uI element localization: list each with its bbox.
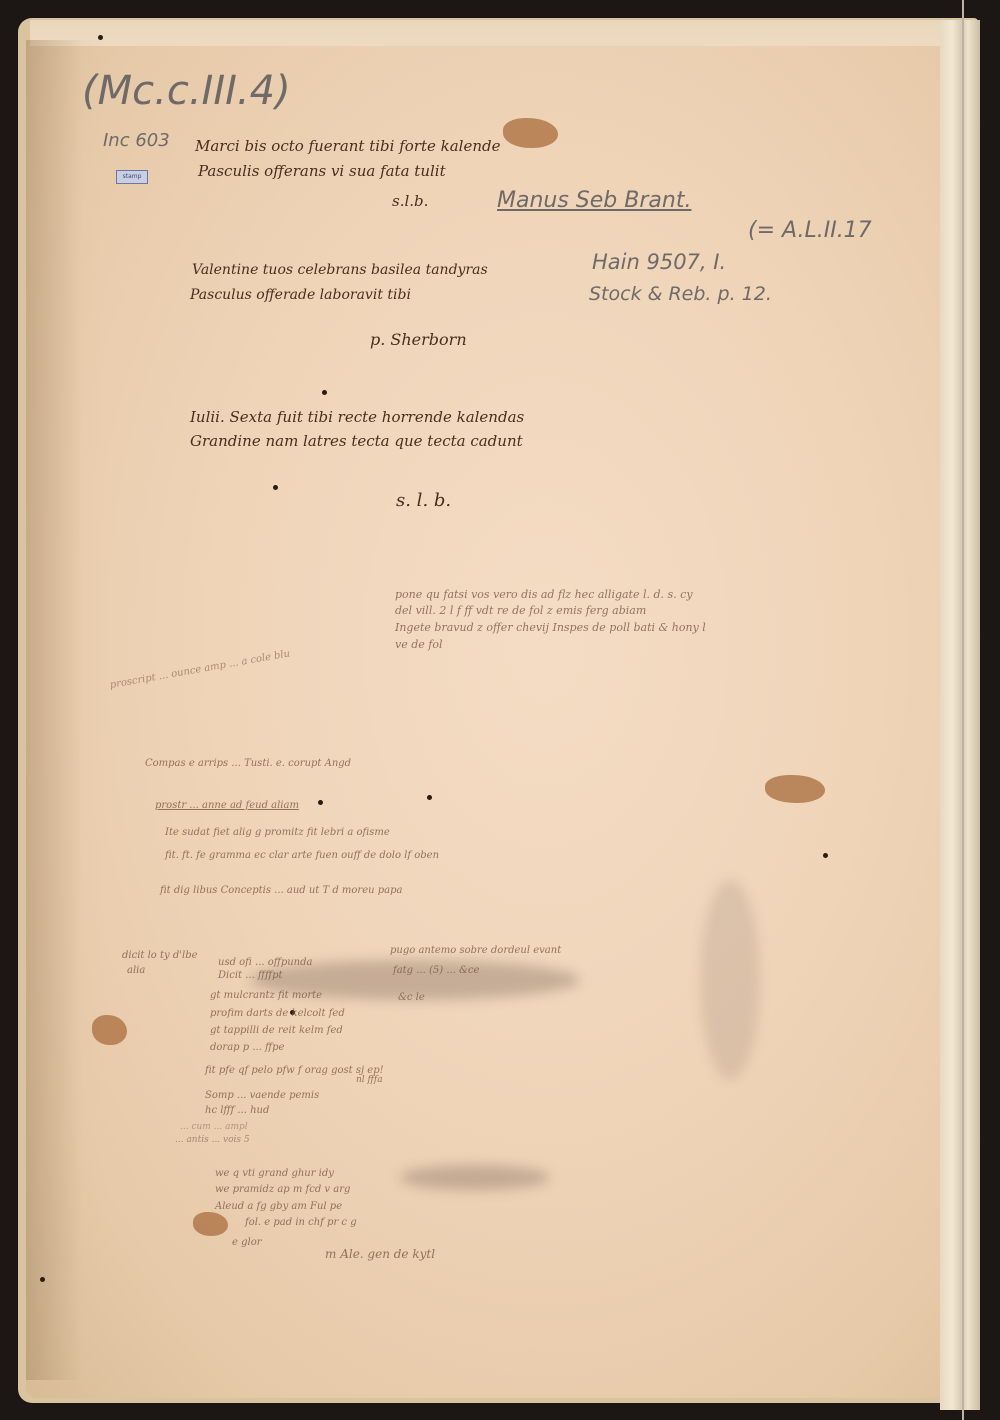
lower-left-line: usd ofi ... offpunda xyxy=(218,957,313,968)
note-right-line: del vill. 2 l f ff vdt re de fol z emis … xyxy=(395,604,646,617)
bottom-block-line: e glor xyxy=(232,1237,262,1248)
bottom-block-signature: m Ale. gen de kytl xyxy=(325,1247,435,1261)
stain-left-margin xyxy=(92,1015,127,1045)
smudge-center-vertical xyxy=(700,880,760,1080)
lower-left-line: gt tappilli de reit kelm fed xyxy=(210,1025,343,1036)
shelfmark-main: (Mc.c.III.4) xyxy=(82,68,291,114)
stain-top xyxy=(503,118,558,148)
attribution-note: Manus Seb Brant. xyxy=(497,188,691,213)
lower-block-line: Somp ... vaende pemis xyxy=(205,1090,319,1101)
alt-shelfmark: (= A.L.II.17 xyxy=(748,218,872,243)
lower-middle-line: fatg ... (5) ... &ce xyxy=(393,965,479,976)
lower-left-line: profim darts de kelcolt fed xyxy=(210,1008,345,1019)
left-margin-discoloration xyxy=(26,40,106,1380)
scattered-note: Ite sudat fiet alig g promitz fit lebri … xyxy=(165,827,390,838)
bottom-block-line: fol. e pad in chf pr c g xyxy=(245,1217,357,1228)
verse-1-line-2: Pasculis offerans vi sua fata tulit xyxy=(198,162,446,180)
lower-middle-line: &c le xyxy=(398,992,425,1003)
lower-left-line: Dicit ... ffffpt xyxy=(218,970,283,981)
top-turn-in xyxy=(30,20,940,46)
stock-reference: Stock & Reb. p. 12. xyxy=(589,283,772,305)
lower-block-line: nl fffa xyxy=(356,1075,383,1085)
binding-gutter xyxy=(940,20,980,1410)
verse-2-signature: p. Sherborn xyxy=(370,330,467,349)
scattered-note: fit dig libus Conceptis ... aud ut T d m… xyxy=(160,885,402,896)
stain-bottom xyxy=(193,1212,228,1236)
verse-3-mark: s. l. b. xyxy=(396,490,451,511)
lower-left-line: gt mulcrantz fit morte xyxy=(210,990,322,1001)
inc-number: Inc 603 xyxy=(103,130,170,151)
note-right-line: Ingete bravud z offer chevij Inspes de p… xyxy=(395,621,706,634)
bottom-block-line: Aleud a fg gby am Ful pe xyxy=(215,1201,342,1212)
lower-block-line: ... antis ... vois 5 xyxy=(175,1135,250,1145)
bottom-block-line: we q vti grand ghur idy xyxy=(215,1168,334,1179)
wormhole xyxy=(40,1277,45,1282)
hain-reference: Hain 9507, I. xyxy=(592,250,726,274)
lower-left-line: dorap p ... ffpe xyxy=(210,1042,284,1053)
wormhole xyxy=(98,35,103,40)
verse-2-line-2: Pasculus offerade laboravit tibi xyxy=(190,287,411,303)
wormhole xyxy=(823,853,828,858)
note-right-line: ve de fol xyxy=(395,638,442,651)
verse-2-line-1: Valentine tuos celebrans basilea tandyra… xyxy=(192,262,488,278)
note-right-line: pone qu fatsi vos vero dis ad flz hec al… xyxy=(395,588,693,601)
library-stamp: stamp xyxy=(116,170,148,184)
scattered-note: prostr ... anne ad feud aliam xyxy=(155,800,299,811)
lower-block-line: hc lfff ... hud xyxy=(205,1105,269,1116)
binding-fold-line xyxy=(962,0,964,1420)
scattered-note: fit. ft. fe gramma ec clar arte fuen ouf… xyxy=(165,850,439,861)
bottom-block-line: we pramidz ap m fcd v arg xyxy=(215,1184,350,1195)
margin-note: dicit lo ty d'lbe xyxy=(122,950,198,961)
verse-1-mark: s.l.b. xyxy=(392,192,428,210)
wormhole xyxy=(318,800,323,805)
verse-3-line-1: Iulii. Sexta fuit tibi recte horrende ka… xyxy=(190,408,524,426)
smudge-lower xyxy=(400,1165,550,1190)
lower-middle-line: pugo antemo sobre dordeul evant xyxy=(390,945,561,956)
verse-3-line-2: Grandine nam latres tecta que tecta cadu… xyxy=(190,432,523,450)
verse-1-line-1: Marci bis octo fuerant tibi forte kalend… xyxy=(195,137,501,155)
wormhole xyxy=(322,390,327,395)
wormhole xyxy=(273,485,278,490)
lower-block-line: ... cum ... ampl xyxy=(180,1122,248,1132)
stain-right xyxy=(765,775,825,803)
wormhole xyxy=(427,795,432,800)
margin-note: alia xyxy=(127,965,145,976)
scattered-note: Compas e arrips ... Tusti. e. corupt Ang… xyxy=(145,758,351,769)
